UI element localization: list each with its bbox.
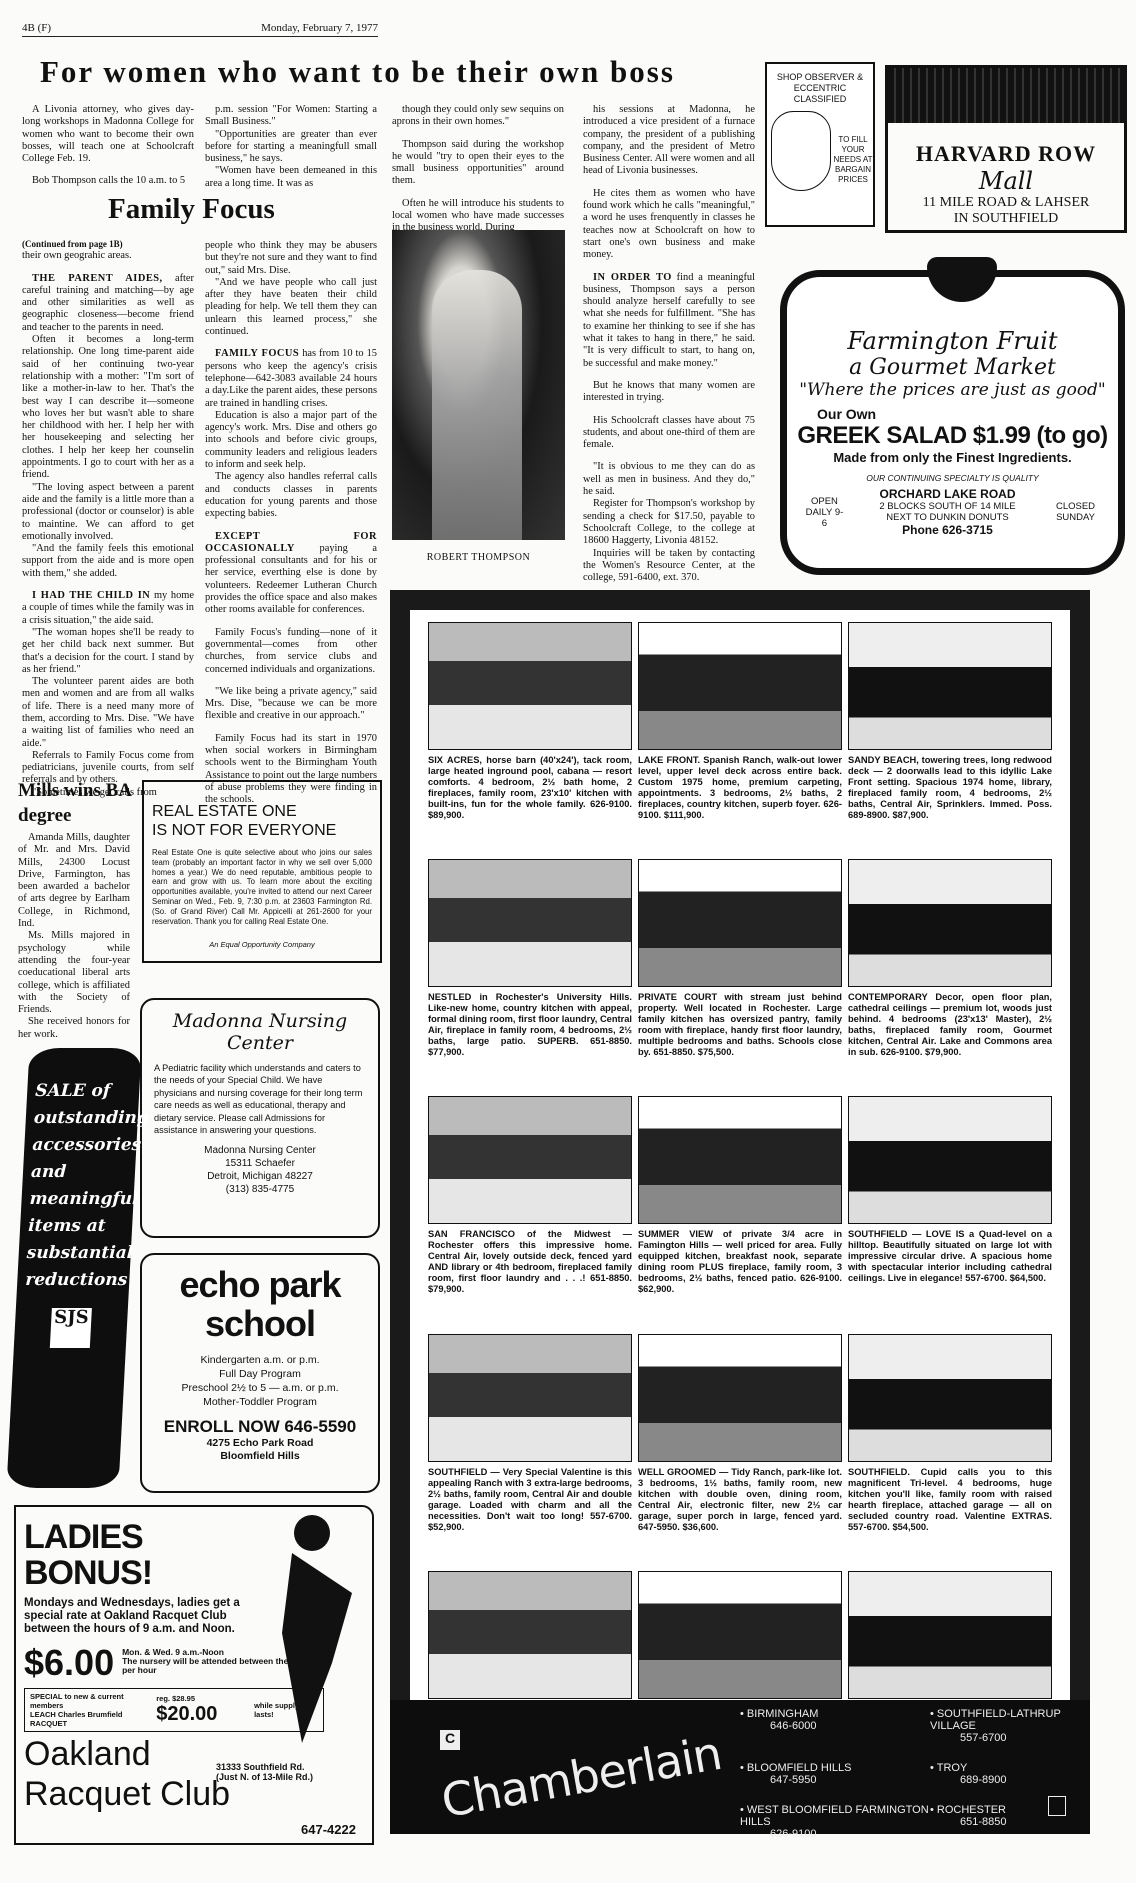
listing-text: WELL GROOMED — Tidy Ranch, park-like lot… [638,1467,842,1533]
house-photo [428,1096,632,1224]
direction: 2 BLOCKS SOUTH OF 14 MILE [879,501,1015,512]
paragraph: Thompson said during the workshop he wou… [392,139,564,188]
racquet-player-icon [262,1513,362,1753]
sale-line: substantial [26,1240,123,1267]
ad-title: HARVARD ROW [888,141,1124,167]
ad-address: ORCHARD LAKE ROAD 2 BLOCKS SOUTH OF 14 M… [879,487,1015,537]
office-phone: 689-8900 [930,1774,1100,1786]
listing-text: SOUTHFIELD — Very Special Valentine is t… [428,1467,632,1533]
paragraph: "Opportunities are greater than ever bef… [205,129,377,166]
ad-text: OUR CONTINUING SPECIALTY IS QUALITY [787,473,1118,483]
ad-title: REAL ESTATE ONE [152,802,372,821]
lead-in: THE PARENT AIDES, [32,273,163,284]
listing-item: WELL GROOMED — Tidy Ranch, park-like lot… [638,1334,842,1565]
price: $6.00 [24,1642,114,1684]
program: Kindergarten a.m. or p.m. [142,1353,378,1367]
ad-shop-classified: SHOP OBSERVER & ECCENTRIC CLASSIFIED TO … [765,62,875,227]
ad-title: Center [154,1032,366,1054]
paragraph: The volunteer parent aides are both men … [22,676,194,750]
house-photo [428,1571,632,1699]
story1-col4: his sessions at Madonna, he introduced a… [583,104,755,584]
house-photo [848,1334,1052,1462]
story1-col3: though they could only sew sequins on ap… [392,104,564,235]
photo-robert-thompson [392,230,565,540]
office-name: SOUTHFIELD-LATHRUP VILLAGE [930,1708,1061,1732]
paragraph: "And the family feels this emotional sup… [22,543,194,580]
office-item: • SOUTHFIELD-LATHRUP VILLAGE557-6700 [930,1708,1100,1744]
paragraph: Inquiries will be taken by contacting th… [583,548,755,585]
paragraph: His Schoolcraft classes have about 75 st… [583,415,755,452]
house-photo [638,1571,842,1699]
listing-item: SOUTHFIELD — LOVE IS a Quad-level on a h… [848,1096,1052,1327]
paragraph: Often it becomes a long-term relationshi… [22,334,194,482]
headline-women-boss: For women who want to be their own boss [40,54,675,90]
sale-line: outstanding [33,1105,130,1132]
ad-text: Our Own [787,406,1118,422]
office-name: BLOOMFIELD HILLS [747,1762,852,1774]
house-photo [638,622,842,750]
ad-address: 11 MILE ROAD & LAHSER [888,195,1124,211]
program: Mother-Toddler Program [142,1395,378,1409]
ad-real-estate-one: REAL ESTATE ONE IS NOT FOR EVERYONE Real… [142,780,382,963]
story1-col2: p.m. session "For Women: Starting a Smal… [205,104,377,190]
paragraph: people who think they may be abusers but… [205,240,377,277]
address-line: Detroit, Michigan 48227 [154,1170,366,1183]
story1-col1: A Livonia attorney, who gives day-long w… [22,104,194,188]
office-phone: 626-9100 [740,1828,930,1840]
program: Full Day Program [142,1367,378,1381]
special-text: SPECIAL to new & current members [30,1692,124,1710]
ad-title: Farmington Fruit [787,327,1118,355]
house-photo [638,1096,842,1224]
ad-footer: An Equal Opportunity Company [152,940,372,949]
paragraph: find a meaningful business, Thompson say… [583,272,755,369]
listing-text: LAKE FRONT. Spanish Ranch, walk-out lowe… [638,755,842,821]
ad-hours: OPEN DAILY 9-6 [804,496,844,529]
sjs-logo: SJS [50,1308,92,1348]
listing-text: NESTLED in Rochester's University Hills.… [428,992,632,1058]
listing-item: SOUTHFIELD — Very Special Valentine is t… [428,1334,632,1565]
office-phone: 646-6000 [740,1720,930,1732]
address-line: Madonna Nursing Center [154,1144,366,1157]
paragraph: But he knows that many women are interes… [583,380,755,405]
address-line: 15311 Schaefer [154,1157,366,1170]
drape-icon [888,68,1124,123]
paragraph: The agency also handles referral calls a… [205,471,377,520]
sale-line: items at [27,1213,124,1240]
paragraph: "The loving aspect between a parent aide… [22,482,194,543]
paragraph: Register for Thompson's workshop by send… [583,498,755,547]
address-line: (Just N. of 13-Mile Rd.) [216,1772,313,1782]
chamberlain-logo: Chamberlain [437,1726,725,1828]
paragraph: "We like being a private agency," said M… [205,686,377,723]
listing-text: SANDY BEACH, towering trees, long redwoo… [848,755,1052,821]
ad-madonna-nursing: Madonna Nursing Center A Pediatric facil… [140,998,380,1238]
listing-item: SAN FRANCISCO of the Midwest — Rochester… [428,1096,632,1327]
paragraph: Education is also a major part of the ag… [205,410,377,471]
ad-title: school [142,1304,378,1343]
ad-title: IS NOT FOR EVERYONE [152,821,372,840]
page-date: Monday, February 7, 1977 [261,22,378,34]
listing-item: NESTLED in Rochester's University Hills.… [428,859,632,1090]
address-line: 4275 Echo Park Road [142,1437,378,1450]
paragraph: Bob Thompson calls the 10 a.m. to 5 [22,175,194,187]
office-item: • BIRMINGHAM646-6000 [740,1708,930,1744]
ad-address-row: OPEN DAILY 9-6 ORCHARD LAKE ROAD 2 BLOCK… [787,487,1118,537]
club-address: 31333 Southfield Rd.(Just N. of 13-Mile … [216,1762,313,1782]
enroll-cta: ENROLL NOW 646-5590 [142,1417,378,1437]
house-photo [848,622,1052,750]
story2-col1: (Continued from page 1B) their own geogr… [22,238,194,799]
paragraph: Ms. Mills majored in psychology while at… [18,930,130,1016]
house-photo [428,622,632,750]
paragraph: p.m. session "For Women: Starting a Smal… [205,104,377,129]
listing-text: SUMMER VIEW of private 3/4 acre in Famin… [638,1229,842,1295]
paragraph: their own geograhic areas. [22,250,194,262]
ad-title: Madonna Nursing [154,1010,366,1032]
continued-note: (Continued from page 1B) [22,238,194,250]
page-number: 4B (F) [22,22,51,34]
office-phone: 647-5950 [740,1774,930,1786]
chamberlain-logo-icon: C [440,1730,460,1750]
program: Preschool 2½ to 5 — a.m. or p.m. [142,1381,378,1395]
sale-line: accessories [32,1132,129,1159]
sale-line: meaningful [29,1186,126,1213]
house-photo [848,1571,1052,1699]
photo-caption: ROBERT THOMPSON [392,552,565,563]
regular-price: reg. $28.95 [156,1694,195,1703]
paragraph: Family Focus's funding—none of it govern… [205,627,377,676]
paragraph: Amanda Mills, daughter of Mr. and Mrs. D… [18,832,130,930]
office-name: BIRMINGHAM [747,1708,819,1720]
listing-item: PRIVATE COURT with stream just behind pr… [638,859,842,1090]
listing-text: SAN FRANCISCO of the Midwest — Rochester… [428,1229,632,1295]
sale-line: and [30,1159,127,1186]
house-photo [848,1096,1052,1224]
office-item: • BLOOMFIELD HILLS647-5950 [740,1762,930,1786]
listing-item: SUMMER VIEW of private 3/4 acre in Famin… [638,1096,842,1327]
per-hour: per hour [122,1665,156,1675]
listing-item: SANDY BEACH, towering trees, long redwoo… [848,622,1052,853]
paragraph: "Women have been demeaned in this area a… [205,165,377,190]
paragraph: "It is obvious to me they can do as well… [583,461,755,498]
listing-item: CONTEMPORARY Decor, open floor plan, cat… [848,859,1052,1090]
ad-body: A Pediatric facility which understands a… [154,1062,366,1136]
ad-slogan: "Where the prices are just as good" [787,380,1118,400]
sale-line: reductions [25,1267,122,1294]
ad-address: IN SOUTHFIELD [888,211,1124,227]
office-name: WEST BLOOMFIELD FARMINGTON HILLS [740,1804,929,1828]
ad-body: Real Estate One is quite selective about… [152,848,372,926]
house-photo [638,1334,842,1462]
ad-subtitle: a Gourmet Market [787,355,1118,380]
club-phone: 647-4222 [301,1822,356,1837]
story3-body: Amanda Mills, daughter of Mr. and Mrs. D… [18,832,130,1041]
story2-col2: people who think they may be abusers but… [205,240,377,806]
paragraph: "And we have people who call just after … [205,277,377,338]
ad-body: Mondays and Wednesdays, ladies get a spe… [24,1597,264,1636]
ad-title: SHOP OBSERVER & ECCENTRIC CLASSIFIED [767,72,873,105]
listing-text: SIX ACRES, horse barn (40'x24'), tack ro… [428,755,632,821]
office-name: ROCHESTER [937,1804,1006,1816]
office-name: TROY [937,1762,968,1774]
house-photo [428,1334,632,1462]
direction: NEXT TO DUNKIN DONUTS [886,512,1008,523]
headline-family-focus: Family Focus [108,193,275,226]
ad-chamberlain-footer: C Chamberlain • BIRMINGHAM646-6000• SOUT… [390,1700,1090,1834]
listing-text: SOUTHFIELD. Cupid calls you to this magn… [848,1467,1052,1533]
ad-title: echo park [142,1265,378,1304]
ad-subtitle: Mall [888,167,1124,195]
phone: Phone 626-3715 [902,523,993,537]
paragraph: She received honors for her work. [18,1016,130,1041]
address-line: 31333 Southfield Rd. [216,1762,305,1772]
listing-text: PRIVATE COURT with stream just behind pr… [638,992,842,1058]
address-line: Bloomfield Hills [142,1450,378,1463]
listing-text: CONTEMPORARY Decor, open floor plan, cat… [848,992,1052,1058]
office-item: • WEST BLOOMFIELD FARMINGTON HILLS626-91… [740,1804,930,1840]
house-photo [638,859,842,987]
house-photo [428,859,632,987]
listing-item: LAKE FRONT. Spanish Ranch, walk-out lowe… [638,622,842,853]
office-phone: 557-6700 [930,1732,1100,1744]
ad-address: Madonna Nursing Center 15311 Schaefer De… [154,1144,366,1196]
lead-in: I HAD THE CHILD IN [32,590,150,601]
ad-farmington-fruit: Farmington Fruit a Gourmet Market "Where… [780,270,1125,575]
special-price: $20.00 [156,1703,217,1725]
paragraph: A Livonia attorney, who gives day-long w… [22,104,194,165]
paragraph: his sessions at Madonna, he introduced a… [583,104,755,178]
ad-chamberlain-listings: SIX ACRES, horse barn (40'x24'), tack ro… [390,590,1090,1834]
sale-text: SALE ofoutstandingaccessoriesandmeaningf… [25,1078,132,1294]
fruit-basket-icon [927,257,997,302]
equal-housing-icon [1048,1796,1066,1816]
ad-harvard-row: HARVARD ROW Mall 11 MILE ROAD & LAHSER I… [885,65,1127,233]
paragraph: though they could only sew sequins on ap… [392,104,564,129]
road: ORCHARD LAKE ROAD [879,487,1015,501]
cartoon-couple-icon [771,111,831,191]
listing-item: SOUTHFIELD. Cupid calls you to this magn… [848,1334,1052,1565]
paragraph: "The woman hopes she'll be ready to get … [22,627,194,676]
lead-in: IN ORDER TO [593,272,672,283]
listing-text: SOUTHFIELD — LOVE IS a Quad-level on a h… [848,1229,1052,1284]
ad-oakland-racquet-club: LADIES BONUS! Mondays and Wednesdays, la… [14,1505,374,1845]
special-text: LEACH Charles Brumfield RACQUET [30,1710,123,1728]
paragraph: He cites them as women who have found wo… [583,188,755,262]
office-item: • TROY689-8900 [930,1762,1100,1786]
ad-closed: CLOSED SUNDAY [1051,501,1101,523]
office-item: • ROCHESTER651-8850 [930,1804,1100,1840]
ad-text: Made from only the Finest Ingredients. [787,450,1118,465]
sale-line: SALE of [35,1078,132,1105]
listing-item: SIX ACRES, horse barn (40'x24'), tack ro… [428,622,632,853]
page-header: 4B (F) Monday, February 7, 1977 [22,22,378,37]
house-photo [848,859,1052,987]
headline-mills: Mills wins BA degree [18,778,138,828]
ad-sjs-sale: SALE ofoutstandingaccessoriesandmeaningf… [6,1048,141,1488]
ad-tagline: TO FILL YOUR NEEDS AT BARGAIN PRICES [833,135,873,185]
listing-grid: SIX ACRES, horse barn (40'x24'), tack ro… [410,610,1070,1814]
lead-in: FAMILY FOCUS [215,348,299,359]
office-phone: 651-8850 [930,1816,1100,1828]
ad-offer: GREEK SALAD $1.99 (to go) [787,422,1118,450]
phone: (313) 835-4775 [154,1183,366,1196]
ad-echo-park-school: echo park school Kindergarten a.m. or p.… [140,1253,380,1493]
office-list: • BIRMINGHAM646-6000• SOUTHFIELD-LATHRUP… [740,1708,1100,1840]
